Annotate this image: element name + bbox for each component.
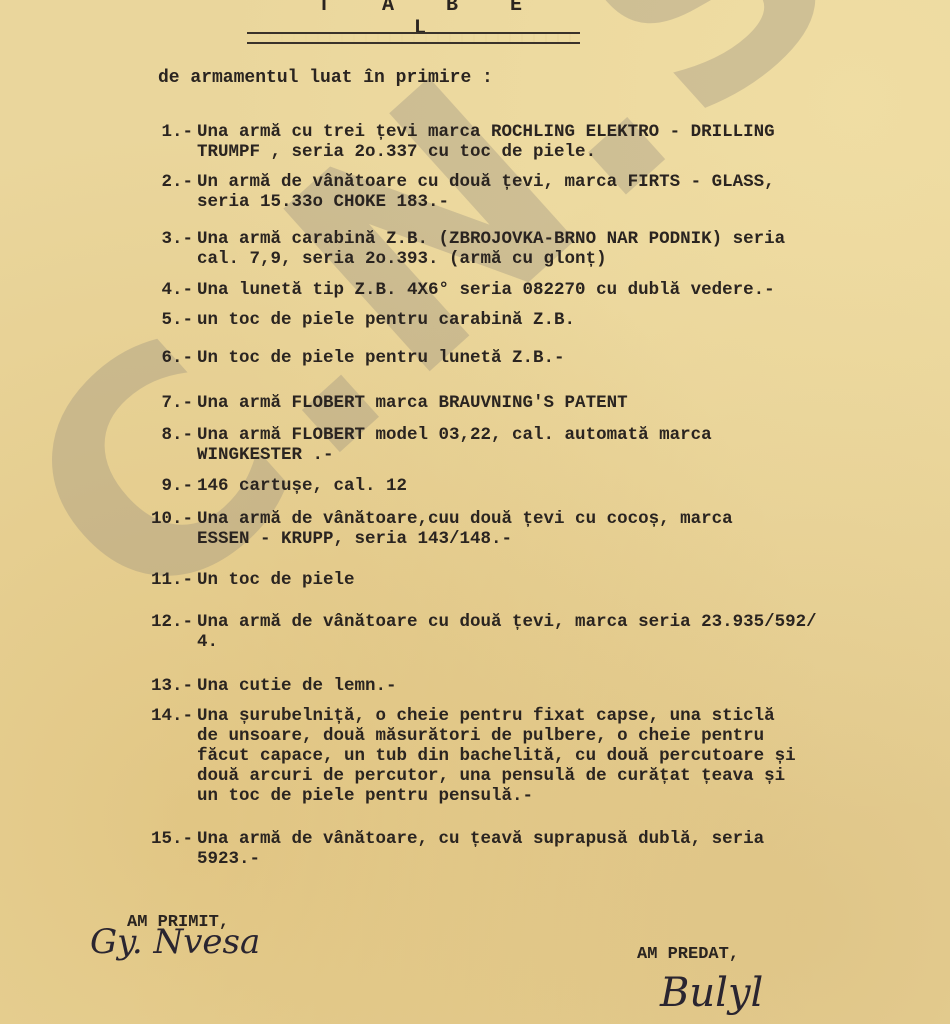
handed-signature: Bulyl	[660, 970, 763, 1016]
title-underline	[247, 32, 580, 44]
item-text: Un toc de piele	[197, 570, 928, 590]
item-number: 2.-	[128, 172, 197, 212]
item-number: 1.-	[128, 122, 197, 162]
item-number: 13.-	[128, 676, 197, 696]
item-number: 3.-	[128, 229, 197, 269]
item-number: 9.-	[128, 476, 197, 496]
list-item: 15.- Una armă de vânătoare, cu țeavă sup…	[128, 829, 928, 869]
item-number: 12.-	[128, 612, 197, 652]
list-item: 10.- Una armă de vânătoare,cuu două țevi…	[128, 509, 928, 549]
item-text: Una armă carabină Z.B. (ZBROJOVKA-BRNO N…	[197, 229, 928, 269]
document-page: T A B E L de armamentul luat în primire …	[0, 0, 950, 1024]
item-text: Una armă de vânătoare cu două țevi, marc…	[197, 612, 928, 652]
item-number: 11.-	[128, 570, 197, 590]
item-number: 5.-	[128, 310, 197, 330]
item-text: Una armă FLOBERT model 03,22, cal. autom…	[197, 425, 928, 465]
item-text: Una armă FLOBERT marca BRAUVNING'S PATEN…	[197, 393, 928, 413]
handed-label: AM PREDAT,	[637, 945, 739, 964]
item-number: 6.-	[128, 348, 197, 368]
item-number: 15.-	[128, 829, 197, 869]
item-text: Una șurubelniță, o cheie pentru fixat ca…	[197, 706, 928, 806]
list-item: 7.- Una armă FLOBERT marca BRAUVNING'S P…	[128, 393, 928, 413]
item-text: Un toc de piele pentru lunetă Z.B.-	[197, 348, 928, 368]
list-item: 2.- Un armă de vânătoare cu două țevi, m…	[128, 172, 928, 212]
item-text: 146 cartușe, cal. 12	[197, 476, 928, 496]
list-item: 1.- Una armă cu trei țevi marca ROCHLING…	[128, 122, 928, 162]
item-text: Una cutie de lemn.-	[197, 676, 928, 696]
document-subtitle: de armamentul luat în primire :	[158, 68, 493, 88]
list-item: 12.- Una armă de vânătoare cu două țevi,…	[128, 612, 928, 652]
item-text: Una armă cu trei țevi marca ROCHLING ELE…	[197, 122, 928, 162]
item-number: 8.-	[128, 425, 197, 465]
list-item: 6.- Un toc de piele pentru lunetă Z.B.-	[128, 348, 928, 368]
list-item: 8.- Una armă FLOBERT model 03,22, cal. a…	[128, 425, 928, 465]
list-item: 11.- Un toc de piele	[128, 570, 928, 590]
item-text: Un armă de vânătoare cu două țevi, marca…	[197, 172, 928, 212]
item-number: 4.-	[128, 280, 197, 300]
item-text: Una armă de vânătoare, cu țeavă suprapus…	[197, 829, 928, 869]
item-text: Una armă de vânătoare,cuu două țevi cu c…	[197, 509, 928, 549]
item-text: un toc de piele pentru carabină Z.B.	[197, 310, 928, 330]
list-item: 14.- Una șurubelniță, o cheie pentru fix…	[128, 706, 928, 806]
item-number: 14.-	[128, 706, 197, 806]
item-number: 10.-	[128, 509, 197, 549]
received-signature: Gy. Nvesa	[90, 922, 260, 962]
list-item: 13.- Una cutie de lemn.-	[128, 676, 928, 696]
list-item: 9.- 146 cartușe, cal. 12	[128, 476, 928, 496]
item-number: 7.-	[128, 393, 197, 413]
item-text: Una lunetă tip Z.B. 4X6° seria 082270 cu…	[197, 280, 928, 300]
list-item: 4.- Una lunetă tip Z.B. 4X6° seria 08227…	[128, 280, 928, 300]
list-item: 5.- un toc de piele pentru carabină Z.B.	[128, 310, 928, 330]
list-item: 3.- Una armă carabină Z.B. (ZBROJOVKA-BR…	[128, 229, 928, 269]
